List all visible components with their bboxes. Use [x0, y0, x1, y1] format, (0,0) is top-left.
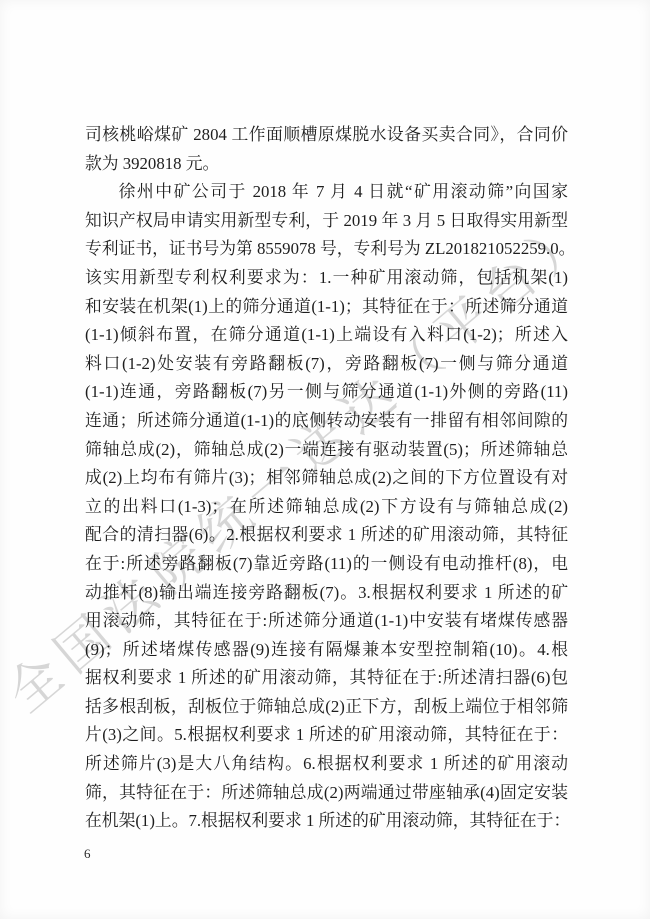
text-line: 该实用新型专利权利要求为：1.一种矿用滚动筛，包括机架(1) [85, 264, 568, 293]
text-line: 专利证书，证书号为第 8559078 号，专利号为 ZL201821052259… [85, 235, 568, 264]
text-line: 在机架(1)上。7.根据权利要求 1 所述的矿用滚动筛，其特征在于： [85, 807, 568, 836]
document-page: 全国法院统一送达（平台） 司核桃峪煤矿 2804 工作面顺槽原煤脱水设备买卖合同… [0, 0, 650, 919]
text-line: 括多根刮板，刮板位于筛轴总成(2)正下方，刮板上端位于相邻筛 [85, 693, 568, 722]
text-line: 所述筛片(3)是大八角结构。6.根据权利要求 1 所述的矿用滚动 [85, 750, 568, 779]
text-line: 成(2)上均布有筛片(3)；相邻筛轴总成(2)之间的下方位置设有对 [85, 464, 568, 493]
text-line: 据权利要求 1 所述的矿用滚动筛，其特征在于:所述清扫器(6)包 [85, 664, 568, 693]
text-line: 司核桃峪煤矿 2804 工作面顺槽原煤脱水设备买卖合同》，合同价 [85, 121, 568, 150]
text-line: 动推杆(8)输出端连接旁路翻板(7)。3.根据权利要求 1 所述的矿 [85, 579, 568, 608]
text-line: 配合的清扫器(6)。2.根据权利要求 1 所述的矿用滚动筛，其特征 [85, 521, 568, 550]
text-line: 筛轴总成(2)，筛轴总成(2)一端连接有驱动装置(5)；所述筛轴总 [85, 436, 568, 465]
text-line: 料口(1-2)处安装有旁路翻板(7)，旁路翻板(7)一侧与筛分通道 [85, 350, 568, 379]
text-line: 和安装在机架(1)上的筛分通道(1-1)；其特征在于：所述筛分通道 [85, 293, 568, 322]
text-line: (1-1)连通，旁路翻板(7)另一侧与筛分通道(1-1)外侧的旁路(11) [85, 378, 568, 407]
text-line: 知识产权局申请实用新型专利，于 2019 年 3 月 5 日取得实用新型 [85, 207, 568, 236]
text-line: 立的出料口(1-3)；在所述筛轴总成(2)下方设有与筛轴总成(2) [85, 493, 568, 522]
document-text-block: 司核桃峪煤矿 2804 工作面顺槽原煤脱水设备买卖合同》，合同价款为 39208… [85, 121, 568, 836]
text-line: 连通；所述筛分通道(1-1)的底侧转动安装有一排留有相邻间隙的 [85, 407, 568, 436]
text-line: 款为 3920818 元。 [85, 150, 568, 179]
text-line: (9)；所述堵煤传感器(9)连接有隔爆兼本安型控制箱(10)。4.根 [85, 636, 568, 665]
text-line: 徐州中矿公司于 2018 年 7 月 4 日就“矿用滚动筛”向国家 [85, 178, 568, 207]
page-number: 6 [84, 846, 91, 862]
text-line: 在于:所述旁路翻板(7)靠近旁路(11)的一侧设有电动推杆(8)，电 [85, 550, 568, 579]
text-line: 片(3)之间。5.根据权利要求 1 所述的矿用滚动筛，其特征在于： [85, 721, 568, 750]
text-line: 筛，其特征在于：所述筛轴总成(2)两端通过带座轴承(4)固定安装 [85, 779, 568, 808]
text-line: 用滚动筛，其特征在于:所述筛分通道(1-1)中安装有堵煤传感器 [85, 607, 568, 636]
text-line: (1-1)倾斜布置，在筛分通道(1-1)上端设有入料口(1-2)；所述入 [85, 321, 568, 350]
